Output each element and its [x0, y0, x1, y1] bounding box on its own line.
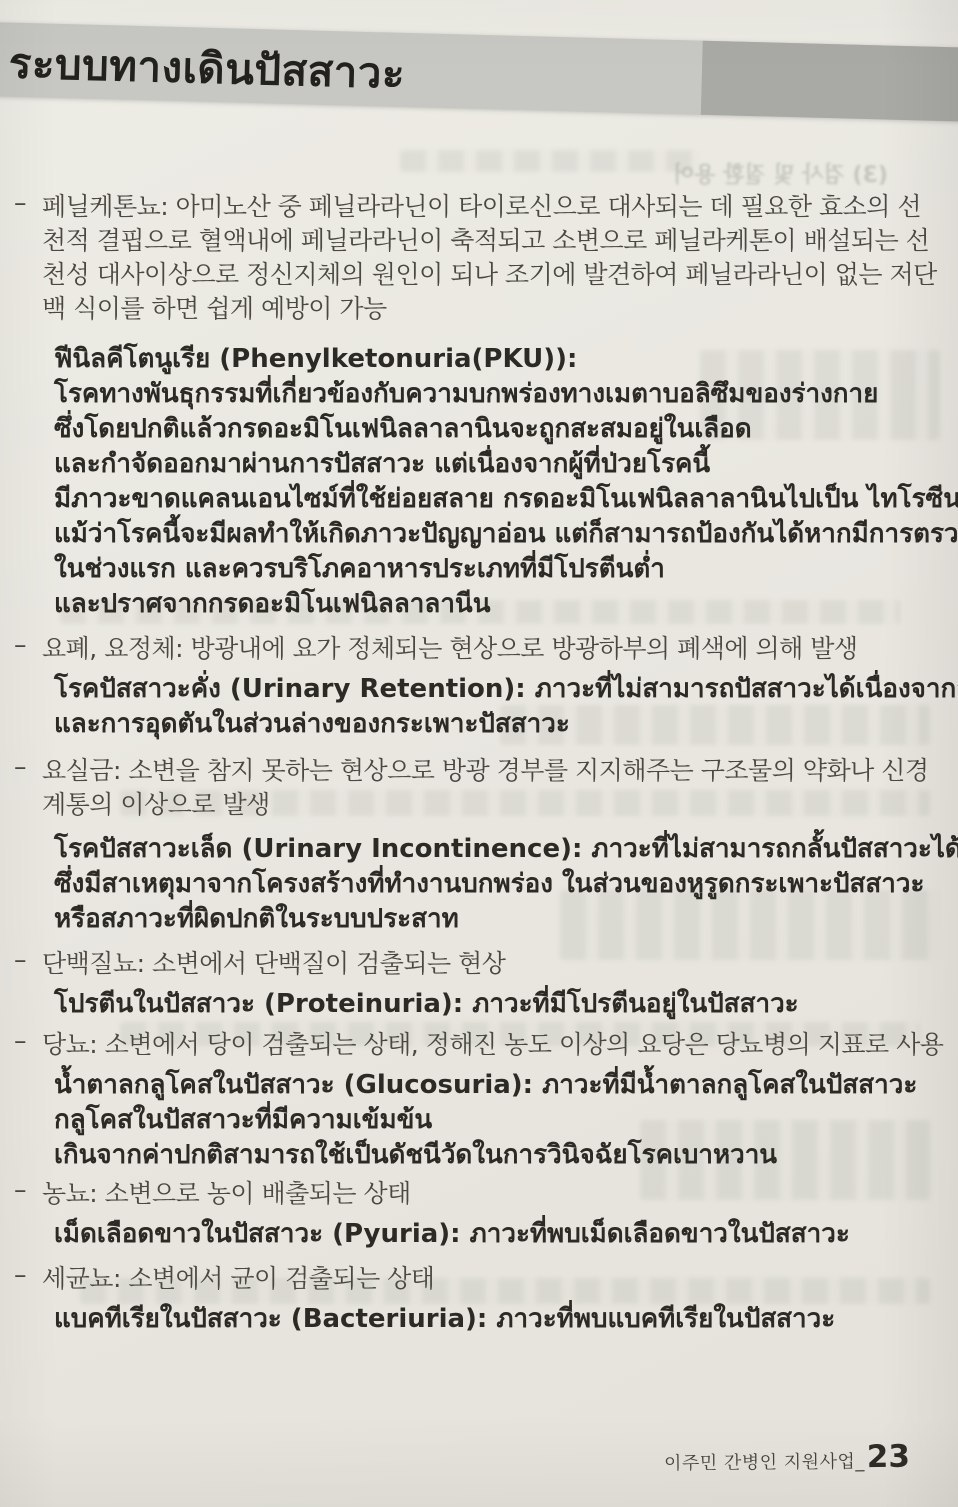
thai-line: แบคทีเรียในปัสสาวะ (Bacteriuria): ภาวะที…: [54, 1302, 932, 1337]
bullet-dash: –: [14, 1175, 27, 1204]
thai-definition: ฟีนิลคีโตนูเรีย (Phenylketonuria(PKU)): …: [12, 342, 932, 622]
korean-line: 단백질뇨: 소변에서 단백질이 검출되는 현상: [42, 947, 932, 981]
page-body: – 페닐케톤뇨: 아미노산 중 페닐라라닌이 타이로신으로 대사되는 데 필요한…: [12, 190, 932, 1337]
section-bacteriuria: – 세균뇨: 소변에서 균이 검출되는 상태 แบคทีเรียในปัสสาว…: [12, 1262, 932, 1337]
section-proteinuria: – 단백질뇨: 소변에서 단백질이 검출되는 현상 โปรตีนในปัสสาว…: [12, 947, 932, 1022]
thai-definition: เม็ดเลือดขาวในปัสสาวะ (Pyuria): ภาวะที่พ…: [12, 1217, 932, 1252]
thai-line: และปราศจากกรดอะมิโนเฟนิลลาลานีน: [54, 587, 932, 622]
section-phenylketonuria: – 페닐케톤뇨: 아미노산 중 페닐라라닌이 타이로신으로 대사되는 데 필요한…: [12, 190, 932, 622]
thai-line: มีภาวะขาดแคลนเอนไซม์ที่ใช้ย่อยสลาย กรดอะ…: [54, 482, 932, 517]
bullet-dash: –: [14, 1260, 27, 1289]
thai-definition: โรคปัสสาวะเล็ด (Urinary Incontinence): ภ…: [12, 832, 932, 937]
thai-line: โรคปัสสาวะคั่ง (Urinary Retention): ภาวะ…: [54, 672, 932, 707]
thai-line: กลูโคสในปัสสาวะที่มีความเข้มข้น: [54, 1103, 932, 1138]
thai-definition: แบคทีเรียในปัสสาวะ (Bacteriuria): ภาวะที…: [12, 1302, 932, 1337]
bullet-dash: –: [14, 945, 27, 974]
thai-definition: น้ำตาลกลูโคสในปัสสาวะ (Glucosuria): ภาวะ…: [12, 1068, 932, 1173]
thai-line: และการอุดตันในส่วนล่างของกระเพาะปัสสาวะ: [54, 707, 932, 742]
scanned-book-page: ระบบทางเดินปัสสาวะ (3) 검사 및 질환 용어 – 페닐케톤…: [0, 0, 958, 1507]
thai-definition: โปรตีนในปัสสาวะ (Proteinuria): ภาวะที่มี…: [12, 987, 932, 1022]
korean-definition: – 요실금: 소변을 참지 못하는 현상으로 방광 경부를 지지해주는 구조물의…: [12, 754, 932, 822]
korean-line: 천성 대사이상으로 정신지체의 원인이 되나 조기에 발견하여 페닐라라닌이 없…: [42, 258, 932, 292]
korean-line: 페닐케톤뇨: 아미노산 중 페닐라라닌이 타이로신으로 대사되는 데 필요한 효…: [42, 190, 932, 224]
section-urinary-incontinence: – 요실금: 소변을 참지 못하는 현상으로 방광 경부를 지지해주는 구조물의…: [12, 754, 932, 937]
korean-line: 농뇨: 소변으로 농이 배출되는 상태: [42, 1177, 932, 1211]
bleedthrough-artifact: [400, 150, 700, 172]
thai-line: แม้ว่าโรคนี้จะมีผลทำให้เกิดภาวะปัญญาอ่อน…: [54, 517, 932, 552]
korean-line: 계통의 이상으로 발생: [42, 788, 932, 822]
bleedthrough-text: (3) 검사 및 질환 용어: [673, 158, 888, 189]
korean-definition: – 당뇨: 소변에서 당이 검출되는 상태, 정해진 농도 이상의 요당은 당뇨…: [12, 1028, 932, 1062]
section-pyuria: – 농뇨: 소변으로 농이 배출되는 상태 เม็ดเลือดขาวในปัสส…: [12, 1177, 932, 1252]
korean-definition: – 농뇨: 소변으로 농이 배출되는 상태: [12, 1177, 932, 1211]
chapter-header-bar: ระบบทางเดินปัสสาวะ: [0, 22, 958, 123]
bullet-dash: –: [14, 1026, 27, 1055]
korean-definition: – 페닐케톤뇨: 아미노산 중 페닐라라닌이 타이로신으로 대사되는 데 필요한…: [12, 190, 932, 326]
korean-line: 요폐, 요정체: 방광내에 요가 정체되는 현상으로 방광하부의 폐색에 의해 …: [42, 632, 932, 666]
thai-line: เม็ดเลือดขาวในปัสสาวะ (Pyuria): ภาวะที่พ…: [54, 1217, 932, 1252]
korean-definition: – 단백질뇨: 소변에서 단백질이 검출되는 현상: [12, 947, 932, 981]
korean-line: 천적 결핍으로 혈액내에 페닐라라닌이 축적되고 소변으로 페닐라케톤이 배설되…: [42, 224, 932, 258]
header-bar-dark-segment: [701, 41, 958, 123]
thai-line: โปรตีนในปัสสาวะ (Proteinuria): ภาวะที่มี…: [54, 987, 932, 1022]
bullet-dash: –: [14, 630, 27, 659]
bullet-dash: –: [14, 752, 27, 781]
thai-line: หรือสภาวะที่ผิดปกติในระบบประสาท: [54, 902, 932, 937]
korean-definition: – 세균뇨: 소변에서 균이 검출되는 상태: [12, 1262, 932, 1296]
thai-line: และกำจัดออกมาผ่านการปัสสาวะ แต่เนื่องจาก…: [54, 447, 932, 482]
korean-definition: – 요폐, 요정체: 방광내에 요가 정체되는 현상으로 방광하부의 폐색에 의…: [12, 632, 932, 666]
thai-line: โรคปัสสาวะเล็ด (Urinary Incontinence): ภ…: [54, 832, 932, 867]
thai-line: ซึ่งมีสาเหตุมาจากโครงสร้างที่ทำงานบกพร่อ…: [54, 867, 932, 902]
korean-line: 백 식이를 하면 쉽게 예방이 가능: [42, 292, 932, 326]
page-title: ระบบทางเดินปัสสาวะ: [8, 31, 406, 107]
footer-label: 이주민 간병인 지원사업_: [664, 1447, 865, 1475]
korean-line: 세균뇨: 소변에서 균이 검출되는 상태: [42, 1262, 932, 1296]
thai-line: ซึ่งโดยปกติแล้วกรดอะมิโนเฟนิลลาลานินจะถู…: [54, 412, 932, 447]
thai-line: ในช่วงแรก และควรบริโภคอาหารประเภทที่มีโป…: [54, 552, 932, 587]
page-number: 23: [867, 1439, 911, 1475]
section-urinary-retention: – 요폐, 요정체: 방광내에 요가 정체되는 현상으로 방광하부의 폐색에 의…: [12, 632, 932, 742]
bullet-dash: –: [14, 188, 27, 217]
thai-definition: โรคปัสสาวะคั่ง (Urinary Retention): ภาวะ…: [12, 672, 932, 742]
thai-line: เกินจากค่าปกติสามารถใช้เป็นดัชนีวัดในการ…: [54, 1138, 932, 1173]
korean-line: 당뇨: 소변에서 당이 검출되는 상태, 정해진 농도 이상의 요당은 당뇨병의…: [42, 1028, 932, 1062]
thai-line: ฟีนิลคีโตนูเรีย (Phenylketonuria(PKU)):: [54, 342, 932, 377]
thai-line: โรคทางพันธุกรรมที่เกี่ยวข้องกับความบกพร่…: [54, 377, 932, 412]
thai-line: น้ำตาลกลูโคสในปัสสาวะ (Glucosuria): ภาวะ…: [54, 1068, 932, 1103]
page-footer: 이주민 간병인 지원사업_ 23: [664, 1439, 910, 1478]
korean-line: 요실금: 소변을 참지 못하는 현상으로 방광 경부를 지지해주는 구조물의 약…: [42, 754, 932, 788]
section-glucosuria: – 당뇨: 소변에서 당이 검출되는 상태, 정해진 농도 이상의 요당은 당뇨…: [12, 1028, 932, 1173]
